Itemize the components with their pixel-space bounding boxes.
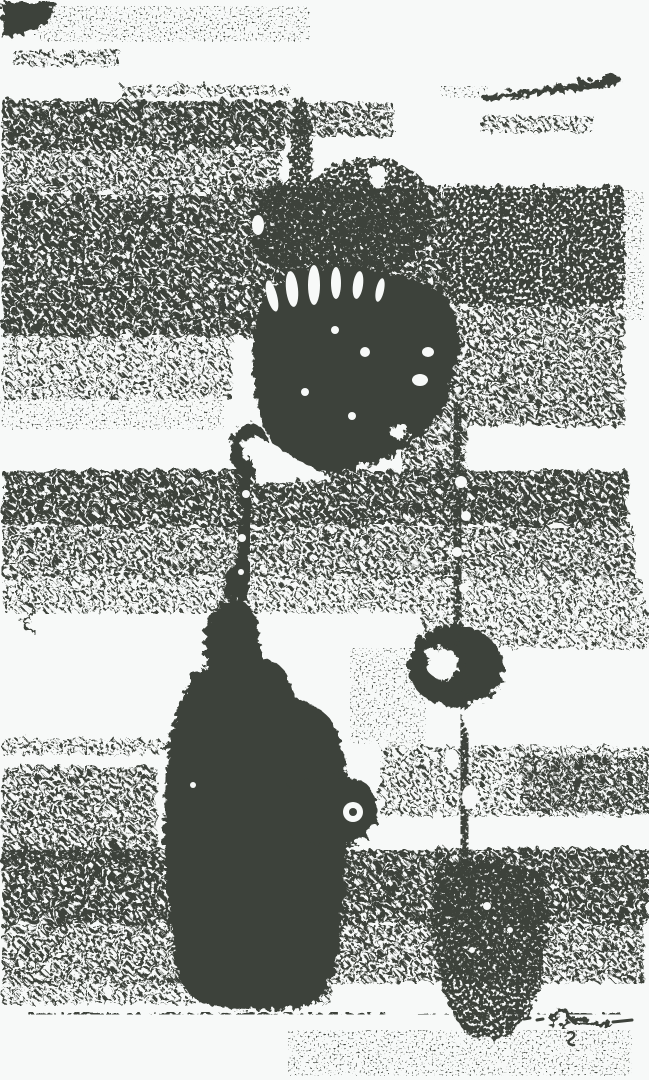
left-chain-hole [242,490,250,498]
handwritten-tail [613,1020,632,1022]
bell-dot [190,782,196,788]
mass-hole [412,374,428,386]
mid-band-lower [0,524,632,576]
chain-hole [452,547,462,557]
main-band-right [442,184,622,304]
main-band-fringe [0,334,230,396]
mass-dot [348,412,356,420]
arm-ring-center-dot [349,808,357,816]
foot-dot [469,947,475,953]
mass-notch [368,162,384,186]
left-dash-line [0,736,162,752]
right-chain-upper [455,420,460,624]
chain-hole [461,511,471,521]
foot-dot [507,927,513,933]
chain-hole [455,476,467,488]
stray-dots-top [40,6,310,42]
chain-hole [465,443,475,453]
ink-accents [349,808,357,816]
mass-dot [360,347,370,357]
chain-hole [445,749,459,771]
mass-slit [331,267,341,299]
dash-row-2 [118,82,288,94]
main-band-left [0,192,234,334]
mass-dot [331,326,339,334]
dash-row-1 [10,48,118,64]
chain-hole-heart [461,698,483,734]
bottom-scatter [288,1030,632,1076]
chain-hole [459,583,469,593]
dash-row-right [478,113,590,131]
mass-dot [301,388,309,396]
upper-band [0,98,282,146]
photocopy-svg: Degraded high-contrast black-and-white p… [0,0,649,1080]
left-speckle-block [0,764,154,860]
mass-slit [308,265,320,305]
right-band-dense [518,754,646,810]
mass-hole [252,215,264,235]
chain-hole [445,822,457,840]
photocopy-image: Degraded high-contrast black-and-white p… [0,0,649,1080]
right-margin-fringe [622,190,644,320]
left-chain-hole [238,569,244,575]
left-chain-hole [238,534,246,542]
main-band-dots [0,396,224,430]
foot-dot [483,902,491,910]
chain-hole [462,785,478,809]
mass-hole [422,347,434,357]
mass-hole [388,422,408,438]
